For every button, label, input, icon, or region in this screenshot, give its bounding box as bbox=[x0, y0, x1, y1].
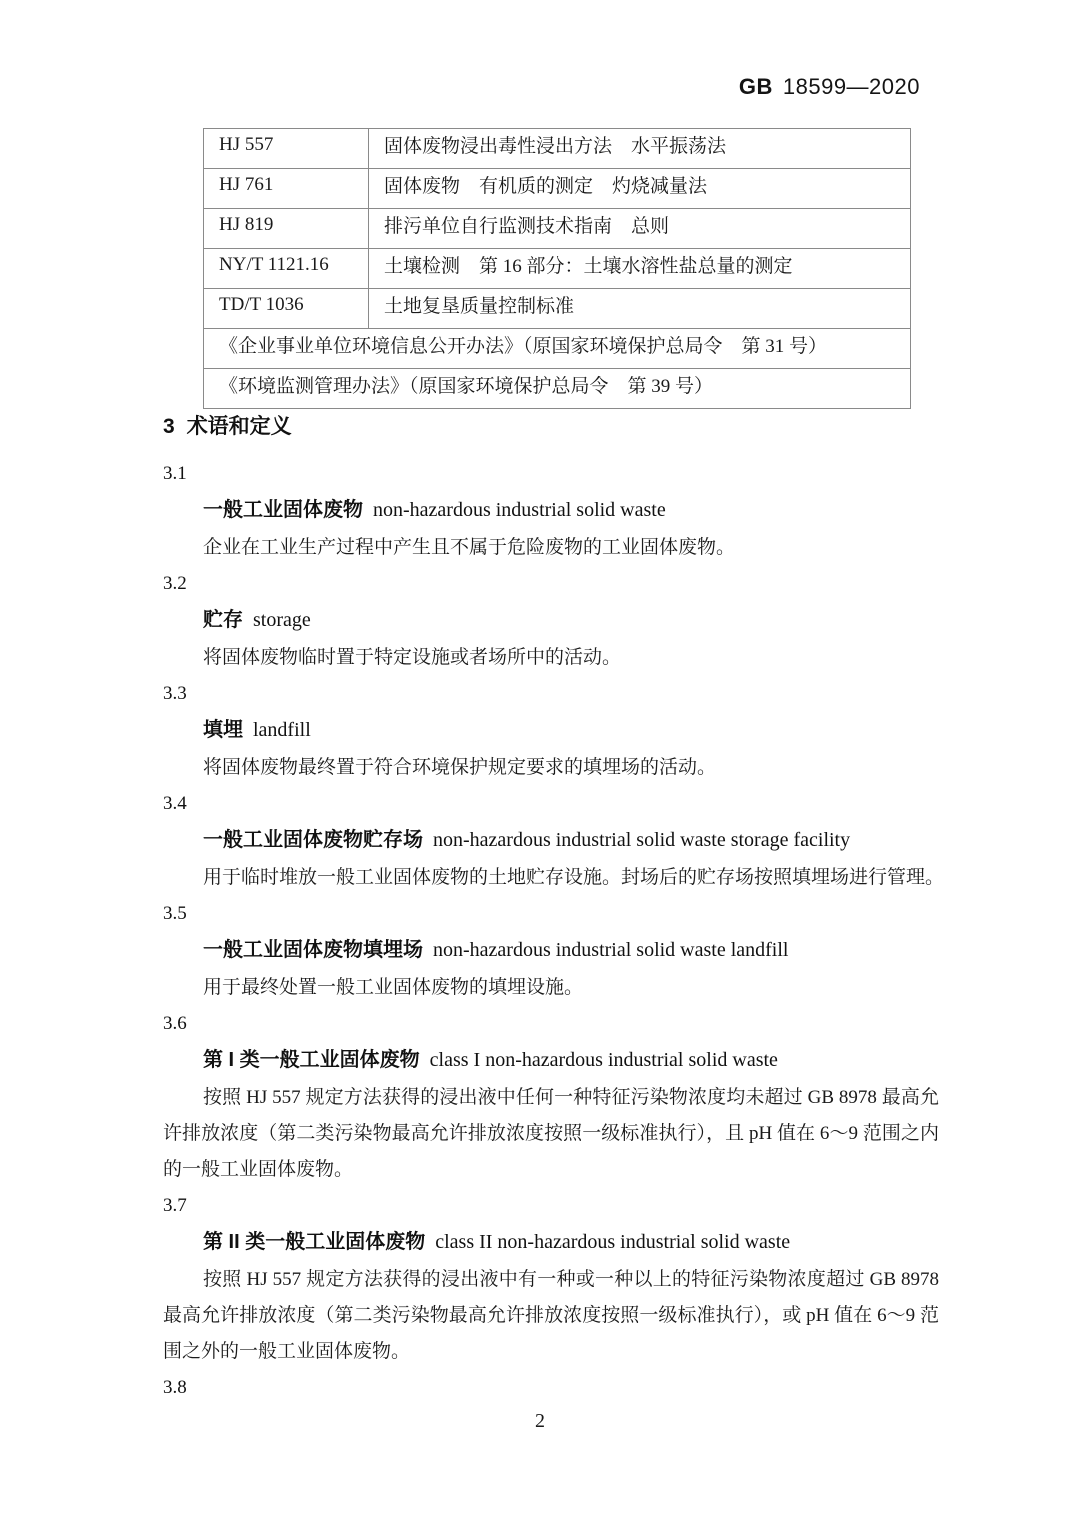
reference-title: 排污单位自行监测技术指南 总则 bbox=[369, 209, 911, 249]
reference-title: 土地复垦质量控制标准 bbox=[369, 289, 911, 329]
table-row: HJ 819 排污单位自行监测技术指南 总则 bbox=[204, 209, 911, 249]
table-row: 《企业事业单位环境信息公开办法》（原国家环境保护总局令 第 31 号） bbox=[204, 329, 911, 369]
term-3-6: 3.6 第 I 类一般工业固体废物class I non-hazardous i… bbox=[163, 1006, 939, 1188]
term-title-en: landfill bbox=[253, 719, 311, 741]
term-definition: 将固体废物临时置于特定设施或者场所中的活动。 bbox=[163, 640, 939, 676]
term-3-3: 3.3 填埋landfill 将固体废物最终置于符合环境保护规定要求的填埋场的活… bbox=[163, 676, 939, 786]
reference-title: 固体废物浸出毒性浸出方法 水平振荡法 bbox=[369, 129, 911, 169]
term-title: 第 II 类一般工业固体废物class II non-hazardous ind… bbox=[163, 1224, 939, 1262]
term-definition: 按照 HJ 557 规定方法获得的浸出液中有一种或一种以上的特征污染物浓度超过 … bbox=[163, 1262, 939, 1370]
term-number: 3.1 bbox=[163, 456, 939, 492]
reference-code: HJ 557 bbox=[204, 129, 369, 169]
term-number: 3.4 bbox=[163, 786, 939, 822]
term-3-2: 3.2 贮存storage 将固体废物临时置于特定设施或者场所中的活动。 bbox=[163, 566, 939, 676]
term-definition: 将固体废物最终置于符合环境保护规定要求的填埋场的活动。 bbox=[163, 750, 939, 786]
reference-code: NY/T 1121.16 bbox=[204, 249, 369, 289]
standard-code-header: GB18599—2020 bbox=[739, 74, 920, 100]
terms-section: 3术语和定义 3.1 一般工业固体废物non-hazardous industr… bbox=[163, 412, 939, 1406]
standard-code-number: 18599—2020 bbox=[783, 74, 920, 99]
term-title: 填埋landfill bbox=[163, 712, 939, 750]
term-title-zh: 填埋 bbox=[203, 719, 243, 741]
term-definition: 企业在工业生产过程中产生且不属于危险废物的工业固体废物。 bbox=[163, 530, 939, 566]
term-3-7: 3.7 第 II 类一般工业固体废物class II non-hazardous… bbox=[163, 1188, 939, 1370]
page-number: 2 bbox=[0, 1410, 1080, 1433]
term-number: 3.3 bbox=[163, 676, 939, 712]
term-title-zh: 贮存 bbox=[203, 609, 243, 631]
term-title-zh: 一般工业固体废物贮存场 bbox=[203, 829, 423, 851]
term-title: 贮存storage bbox=[163, 602, 939, 640]
section-heading: 3术语和定义 bbox=[163, 412, 939, 442]
term-title-zh: 一般工业固体废物 bbox=[203, 499, 363, 521]
reference-code: TD/T 1036 bbox=[204, 289, 369, 329]
term-number: 3.6 bbox=[163, 1006, 939, 1042]
term-title-en: non-hazardous industrial solid waste lan… bbox=[433, 939, 788, 961]
table-row: HJ 557 固体废物浸出毒性浸出方法 水平振荡法 bbox=[204, 129, 911, 169]
term-number: 3.5 bbox=[163, 896, 939, 932]
standard-code-prefix: GB bbox=[739, 74, 773, 99]
term-title-zh: 第 I 类一般工业固体废物 bbox=[203, 1049, 420, 1071]
term-number: 3.2 bbox=[163, 566, 939, 602]
term-title-en: non-hazardous industrial solid waste bbox=[373, 499, 666, 521]
term-title-zh: 一般工业固体废物填埋场 bbox=[203, 939, 423, 961]
term-title-en: non-hazardous industrial solid waste sto… bbox=[433, 829, 850, 851]
term-definition: 用于临时堆放一般工业固体废物的土地贮存设施。封场后的贮存场按照填埋场进行管理。 bbox=[163, 860, 939, 896]
reference-code: HJ 761 bbox=[204, 169, 369, 209]
section-title: 术语和定义 bbox=[187, 415, 292, 438]
term-title-en: class II non-hazardous industrial solid … bbox=[435, 1231, 790, 1253]
table-row: NY/T 1121.16 土壤检测 第 16 部分：土壤水溶性盐总量的测定 bbox=[204, 249, 911, 289]
term-title: 第 I 类一般工业固体废物class I non-hazardous indus… bbox=[163, 1042, 939, 1080]
term-number: 3.8 bbox=[163, 1370, 939, 1406]
table-row: TD/T 1036 土地复垦质量控制标准 bbox=[204, 289, 911, 329]
reference-document: 《企业事业单位环境信息公开办法》（原国家环境保护总局令 第 31 号） bbox=[204, 329, 911, 369]
term-title: 一般工业固体废物贮存场non-hazardous industrial soli… bbox=[163, 822, 939, 860]
term-3-5: 3.5 一般工业固体废物填埋场non-hazardous industrial … bbox=[163, 896, 939, 1006]
section-number: 3 bbox=[163, 415, 175, 438]
term-definition: 按照 HJ 557 规定方法获得的浸出液中任何一种特征污染物浓度均未超过 GB … bbox=[163, 1080, 939, 1188]
table-row: 《环境监测管理办法》（原国家环境保护总局令 第 39 号） bbox=[204, 369, 911, 409]
term-title: 一般工业固体废物non-hazardous industrial solid w… bbox=[163, 492, 939, 530]
term-title-en: class I non-hazardous industrial solid w… bbox=[430, 1049, 778, 1071]
reference-title: 固体废物 有机质的测定 灼烧减量法 bbox=[369, 169, 911, 209]
term-3-1: 3.1 一般工业固体废物non-hazardous industrial sol… bbox=[163, 456, 939, 566]
reference-code: HJ 819 bbox=[204, 209, 369, 249]
document-page: GB18599—2020 HJ 557 固体废物浸出毒性浸出方法 水平振荡法 H… bbox=[0, 0, 1080, 1527]
term-title: 一般工业固体废物填埋场non-hazardous industrial soli… bbox=[163, 932, 939, 970]
term-3-8: 3.8 bbox=[163, 1370, 939, 1406]
table-row: HJ 761 固体废物 有机质的测定 灼烧减量法 bbox=[204, 169, 911, 209]
term-title-en: storage bbox=[253, 609, 311, 631]
term-3-4: 3.4 一般工业固体废物贮存场non-hazardous industrial … bbox=[163, 786, 939, 896]
term-definition: 用于最终处置一般工业固体废物的填埋设施。 bbox=[163, 970, 939, 1006]
references-table: HJ 557 固体废物浸出毒性浸出方法 水平振荡法 HJ 761 固体废物 有机… bbox=[203, 128, 911, 409]
term-number: 3.7 bbox=[163, 1188, 939, 1224]
term-title-zh: 第 II 类一般工业固体废物 bbox=[203, 1231, 425, 1253]
reference-document: 《环境监测管理办法》（原国家环境保护总局令 第 39 号） bbox=[204, 369, 911, 409]
reference-title: 土壤检测 第 16 部分：土壤水溶性盐总量的测定 bbox=[369, 249, 911, 289]
